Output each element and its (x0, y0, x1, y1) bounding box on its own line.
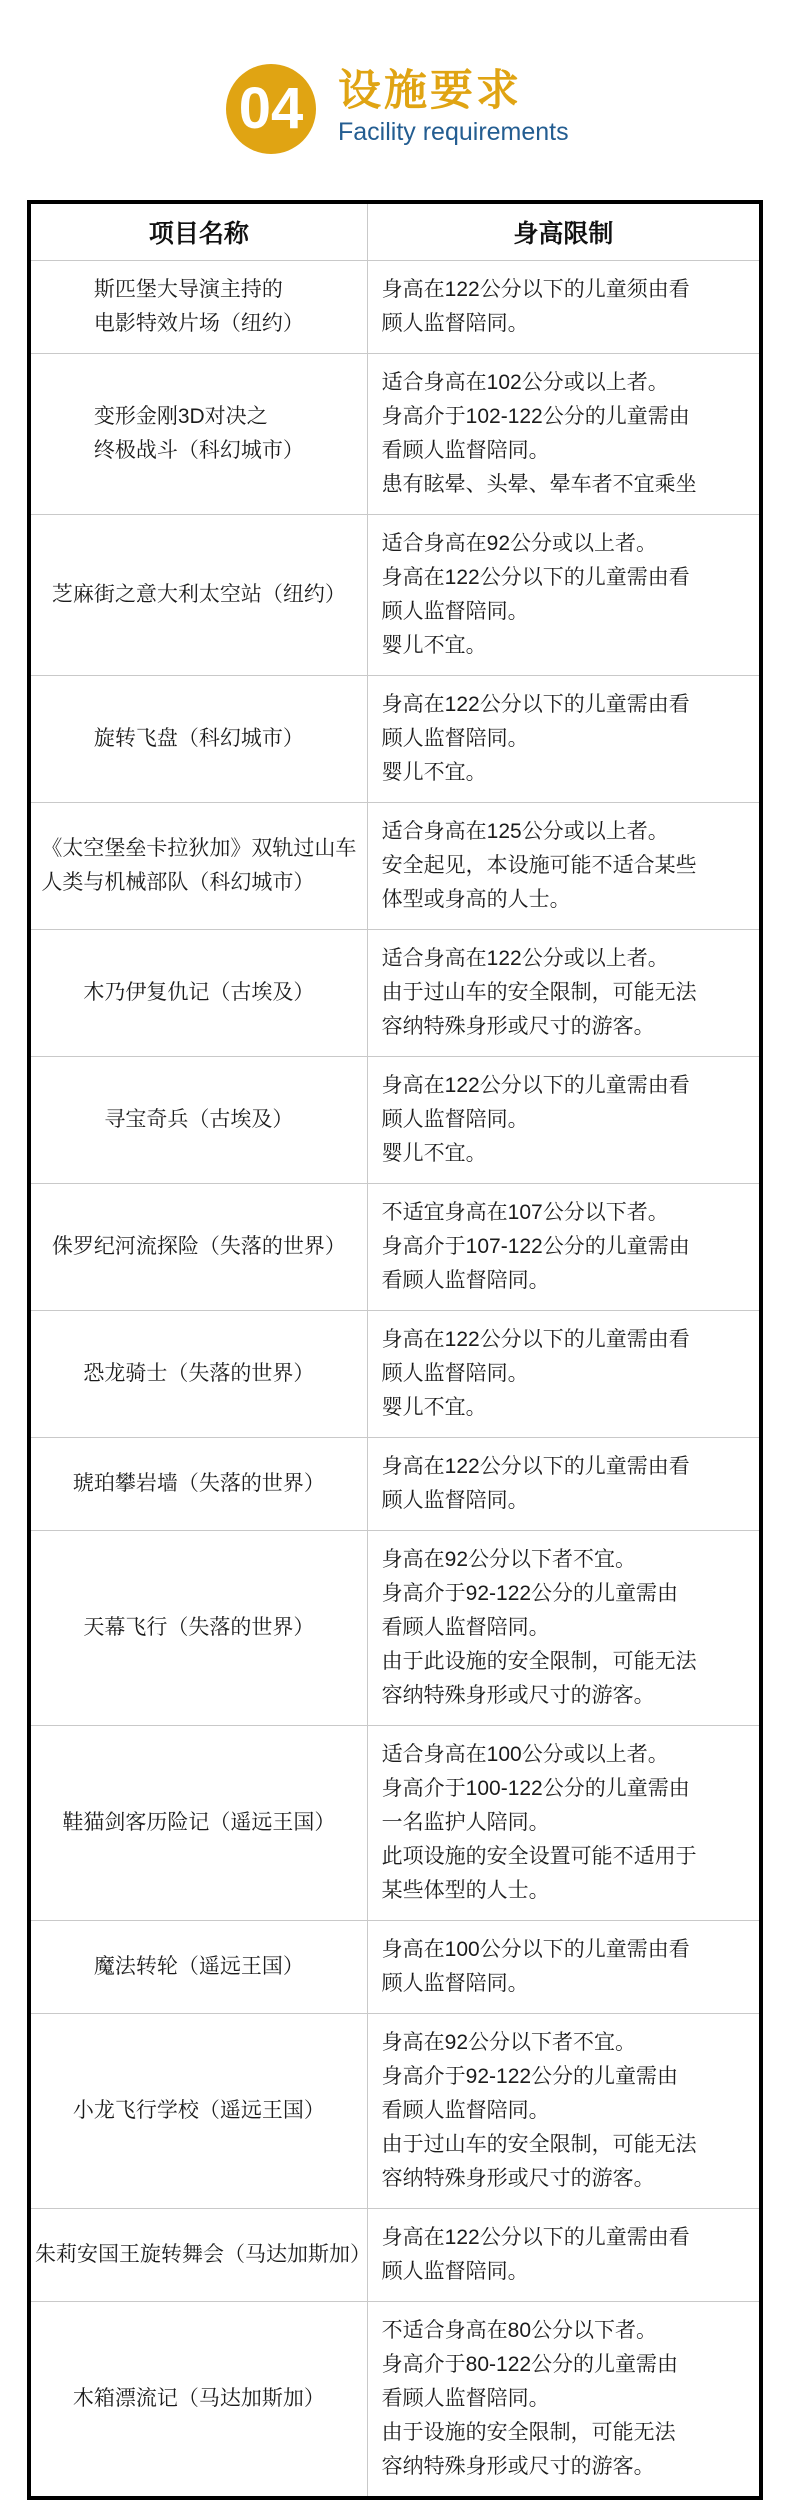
table-row: 鞋猫剑客历险记（遥远王国）适合身高在100公分或以上者。身高介于100-122公… (29, 1726, 761, 1921)
table-row: 变形金刚3D对决之终极战斗（科幻城市）适合身高在102公分或以上者。身高介于10… (29, 354, 761, 515)
table-row: 旋转飞盘（科幻城市）身高在122公分以下的儿童需由看顾人监督陪同。婴儿不宜。 (29, 676, 761, 803)
ride-name: 朱莉安国王旋转舞会（马达加斯加） (35, 2238, 371, 2272)
ride-name-cell: 《太空堡垒卡拉狄加》双轨过山车人类与机械部队（科幻城市） (29, 803, 367, 930)
table-row: 魔法转轮（遥远王国）身高在100公分以下的儿童需由看顾人监督陪同。 (29, 1921, 761, 2014)
section-number: 04 (239, 80, 304, 138)
height-restriction-line: 顾人监督陪同。 (382, 307, 751, 341)
height-restriction-line: 身高在122公分以下的儿童须由看 (382, 273, 751, 307)
height-restriction-line: 身高在122公分以下的儿童需由看 (382, 2221, 751, 2255)
height-restriction-line: 身高在122公分以下的儿童需由看 (382, 688, 751, 722)
ride-name-cell: 芝麻街之意大利太空站（纽约） (29, 515, 367, 676)
height-restriction-line: 婴儿不宜。 (382, 1137, 751, 1171)
height-restriction-line: 顾人监督陪同。 (382, 1357, 751, 1391)
ride-name: 琥珀攀岩墙（失落的世界） (73, 1467, 325, 1501)
height-restriction-line: 婴儿不宜。 (382, 629, 751, 663)
height-restriction-line: 身高在122公分以下的儿童需由看 (382, 1323, 751, 1357)
height-restriction-cell: 身高在122公分以下的儿童需由看顾人监督陪同。婴儿不宜。 (367, 676, 761, 803)
ride-name-cell: 魔法转轮（遥远王国） (29, 1921, 367, 2014)
ride-name: 变形金刚3D对决之终极战斗（科幻城市） (94, 400, 304, 468)
height-restriction-line: 身高在100公分以下的儿童需由看 (382, 1933, 751, 1967)
ride-name-cell: 侏罗纪河流探险（失落的世界） (29, 1184, 367, 1311)
table-row: 木乃伊复仇记（古埃及）适合身高在122公分或以上者。由于过山车的安全限制，可能无… (29, 930, 761, 1057)
ride-name-cell: 木箱漂流记（马达加斯加） (29, 2302, 367, 2499)
height-restriction-line: 身高在92公分以下者不宜。 (382, 2026, 751, 2060)
ride-name: 寻宝奇兵（古埃及） (104, 1103, 293, 1137)
section-header: 04 设施要求 Facility requirements (0, 0, 790, 154)
ride-name-line: 侏罗纪河流探险（失落的世界） (52, 1230, 346, 1264)
ride-name: 恐龙骑士（失落的世界） (83, 1357, 314, 1391)
ride-name: 木箱漂流记（马达加斯加） (73, 2382, 325, 2416)
height-restriction-cell: 不适宜身高在107公分以下者。身高介于107-122公分的儿童需由看顾人监督陪同… (367, 1184, 761, 1311)
table-header-row: 项目名称 身高限制 (29, 202, 761, 261)
height-restriction-line: 顾人监督陪同。 (382, 1967, 751, 2001)
ride-name-cell: 朱莉安国王旋转舞会（马达加斯加） (29, 2209, 367, 2302)
ride-name-cell: 恐龙骑士（失落的世界） (29, 1311, 367, 1438)
height-restriction-line: 容纳特殊身形或尺寸的游客。 (382, 1010, 751, 1044)
ride-name-line: 旋转飞盘（科幻城市） (94, 722, 304, 756)
ride-name-line: 木箱漂流记（马达加斯加） (73, 2382, 325, 2416)
table-row: 朱莉安国王旋转舞会（马达加斯加）身高在122公分以下的儿童需由看顾人监督陪同。 (29, 2209, 761, 2302)
height-restriction-line: 适合身高在102公分或以上者。 (382, 366, 751, 400)
ride-name-line: 芝麻街之意大利太空站（纽约） (52, 578, 346, 612)
ride-name-line: 魔法转轮（遥远王国） (94, 1950, 304, 1984)
table-row: 寻宝奇兵（古埃及）身高在122公分以下的儿童需由看顾人监督陪同。婴儿不宜。 (29, 1057, 761, 1184)
height-restriction-line: 体型或身高的人士。 (382, 883, 751, 917)
height-restriction-line: 婴儿不宜。 (382, 1391, 751, 1425)
height-restriction-line: 身高在122公分以下的儿童需由看 (382, 561, 751, 595)
height-restriction-cell: 适合身高在100公分或以上者。身高介于100-122公分的儿童需由一名监护人陪同… (367, 1726, 761, 1921)
ride-name-line: 木乃伊复仇记（古埃及） (83, 976, 314, 1010)
ride-name-line: 人类与机械部队（科幻城市） (41, 866, 356, 900)
ride-name-cell: 木乃伊复仇记（古埃及） (29, 930, 367, 1057)
height-restriction-line: 适合身高在125公分或以上者。 (382, 815, 751, 849)
height-restriction-line: 身高在122公分以下的儿童需由看 (382, 1450, 751, 1484)
height-restriction-line: 看顾人监督陪同。 (382, 2094, 751, 2128)
ride-name-line: 《太空堡垒卡拉狄加》双轨过山车 (41, 832, 356, 866)
height-restriction-line: 顾人监督陪同。 (382, 595, 751, 629)
ride-name-cell: 琥珀攀岩墙（失落的世界） (29, 1438, 367, 1531)
height-restriction-cell: 不适合身高在80公分以下者。身高介于80-122公分的儿童需由看顾人监督陪同。由… (367, 2302, 761, 2499)
ride-name: 芝麻街之意大利太空站（纽约） (52, 578, 346, 612)
height-restriction-cell: 适合身高在125公分或以上者。安全起见，本设施可能不适合某些体型或身高的人士。 (367, 803, 761, 930)
table-row: 《太空堡垒卡拉狄加》双轨过山车人类与机械部队（科幻城市）适合身高在125公分或以… (29, 803, 761, 930)
section-title-zh: 设施要求 (338, 70, 569, 113)
ride-name-line: 电影特效片场（纽约） (94, 307, 304, 341)
height-restriction-line: 顾人监督陪同。 (382, 1484, 751, 1518)
height-restriction-line: 一名监护人陪同。 (382, 1806, 751, 1840)
ride-name: 木乃伊复仇记（古埃及） (83, 976, 314, 1010)
height-restriction-line: 适合身高在92公分或以上者。 (382, 527, 751, 561)
height-restriction-line: 顾人监督陪同。 (382, 1103, 751, 1137)
height-restriction-line: 顾人监督陪同。 (382, 2255, 751, 2289)
height-restriction-line: 看顾人监督陪同。 (382, 1264, 751, 1298)
table-row: 小龙飞行学校（遥远王国）身高在92公分以下者不宜。身高介于92-122公分的儿童… (29, 2014, 761, 2209)
ride-name: 斯匹堡大导演主持的电影特效片场（纽约） (94, 273, 304, 341)
height-restriction-line: 身高在122公分以下的儿童需由看 (382, 1069, 751, 1103)
height-restriction-line: 身高介于92-122公分的儿童需由 (382, 2060, 751, 2094)
height-restriction-line: 身高介于80-122公分的儿童需由 (382, 2348, 751, 2382)
requirements-table-wrapper: 项目名称 身高限制 斯匹堡大导演主持的电影特效片场（纽约）身高在122公分以下的… (27, 200, 763, 2500)
height-restriction-line: 身高在92公分以下者不宜。 (382, 1543, 751, 1577)
ride-name-cell: 寻宝奇兵（古埃及） (29, 1057, 367, 1184)
column-header-height-restriction: 身高限制 (367, 202, 761, 261)
height-restriction-cell: 身高在92公分以下者不宜。身高介于92-122公分的儿童需由看顾人监督陪同。由于… (367, 1531, 761, 1726)
ride-name-line: 变形金刚3D对决之 (94, 400, 304, 434)
height-restriction-line: 由于过山车的安全限制，可能无法 (382, 976, 751, 1010)
table-row: 天幕飞行（失落的世界）身高在92公分以下者不宜。身高介于92-122公分的儿童需… (29, 1531, 761, 1726)
ride-name-cell: 小龙飞行学校（遥远王国） (29, 2014, 367, 2209)
ride-name-cell: 旋转飞盘（科幻城市） (29, 676, 367, 803)
ride-name-cell: 变形金刚3D对决之终极战斗（科幻城市） (29, 354, 367, 515)
ride-name-line: 朱莉安国王旋转舞会（马达加斯加） (35, 2238, 371, 2272)
height-restriction-line: 容纳特殊身形或尺寸的游客。 (382, 1679, 751, 1713)
height-restriction-line: 某些体型的人士。 (382, 1874, 751, 1908)
height-restriction-cell: 身高在122公分以下的儿童需由看顾人监督陪同。婴儿不宜。 (367, 1057, 761, 1184)
section-titles: 设施要求 Facility requirements (338, 70, 569, 147)
height-restriction-line: 看顾人监督陪同。 (382, 434, 751, 468)
ride-name: 《太空堡垒卡拉狄加》双轨过山车人类与机械部队（科幻城市） (41, 832, 356, 900)
table-row: 木箱漂流记（马达加斯加）不适合身高在80公分以下者。身高介于80-122公分的儿… (29, 2302, 761, 2499)
height-restriction-line: 婴儿不宜。 (382, 756, 751, 790)
height-restriction-line: 身高介于107-122公分的儿童需由 (382, 1230, 751, 1264)
height-restriction-line: 身高介于92-122公分的儿童需由 (382, 1577, 751, 1611)
ride-name-cell: 天幕飞行（失落的世界） (29, 1531, 367, 1726)
table-row: 恐龙骑士（失落的世界）身高在122公分以下的儿童需由看顾人监督陪同。婴儿不宜。 (29, 1311, 761, 1438)
height-restriction-cell: 身高在100公分以下的儿童需由看顾人监督陪同。 (367, 1921, 761, 2014)
height-restriction-line: 适合身高在122公分或以上者。 (382, 942, 751, 976)
height-restriction-line: 看顾人监督陪同。 (382, 1611, 751, 1645)
height-restriction-line: 适合身高在100公分或以上者。 (382, 1738, 751, 1772)
height-restriction-line: 不适宜身高在107公分以下者。 (382, 1196, 751, 1230)
height-restriction-cell: 适合身高在102公分或以上者。身高介于102-122公分的儿童需由看顾人监督陪同… (367, 354, 761, 515)
ride-name-line: 寻宝奇兵（古埃及） (104, 1103, 293, 1137)
section-title-en: Facility requirements (338, 119, 569, 147)
height-restriction-line: 由于设施的安全限制，可能无法 (382, 2416, 751, 2450)
ride-name-line: 终极战斗（科幻城市） (94, 434, 304, 468)
ride-name: 小龙飞行学校（遥远王国） (73, 2094, 325, 2128)
ride-name-line: 恐龙骑士（失落的世界） (83, 1357, 314, 1391)
ride-name: 旋转飞盘（科幻城市） (94, 722, 304, 756)
height-restriction-line: 患有眩晕、头晕、晕车者不宜乘坐 (382, 468, 751, 502)
height-restriction-line: 身高介于102-122公分的儿童需由 (382, 400, 751, 434)
height-restriction-line: 容纳特殊身形或尺寸的游客。 (382, 2162, 751, 2196)
height-restriction-cell: 适合身高在122公分或以上者。由于过山车的安全限制，可能无法容纳特殊身形或尺寸的… (367, 930, 761, 1057)
height-restriction-line: 容纳特殊身形或尺寸的游客。 (382, 2450, 751, 2484)
height-restriction-line: 安全起见，本设施可能不适合某些 (382, 849, 751, 883)
height-restriction-line: 顾人监督陪同。 (382, 722, 751, 756)
table-row: 琥珀攀岩墙（失落的世界）身高在122公分以下的儿童需由看顾人监督陪同。 (29, 1438, 761, 1531)
ride-name-line: 天幕飞行（失落的世界） (83, 1611, 314, 1645)
ride-name-cell: 鞋猫剑客历险记（遥远王国） (29, 1726, 367, 1921)
ride-name-line: 琥珀攀岩墙（失落的世界） (73, 1467, 325, 1501)
height-restriction-cell: 身高在122公分以下的儿童需由看顾人监督陪同。 (367, 2209, 761, 2302)
ride-name: 魔法转轮（遥远王国） (94, 1950, 304, 1984)
column-header-project-name: 项目名称 (29, 202, 367, 261)
height-restriction-line: 不适合身高在80公分以下者。 (382, 2314, 751, 2348)
height-restriction-line: 看顾人监督陪同。 (382, 2382, 751, 2416)
section-number-badge: 04 (226, 64, 316, 154)
table-row: 斯匹堡大导演主持的电影特效片场（纽约）身高在122公分以下的儿童须由看顾人监督陪… (29, 261, 761, 354)
ride-name: 鞋猫剑客历险记（遥远王国） (62, 1806, 335, 1840)
height-restriction-line: 由于此设施的安全限制，可能无法 (382, 1645, 751, 1679)
ride-name-cell: 斯匹堡大导演主持的电影特效片场（纽约） (29, 261, 367, 354)
height-restriction-line: 此项设施的安全设置可能不适用于 (382, 1840, 751, 1874)
height-restriction-line: 身高介于100-122公分的儿童需由 (382, 1772, 751, 1806)
height-restriction-cell: 身高在122公分以下的儿童须由看顾人监督陪同。 (367, 261, 761, 354)
requirements-table: 项目名称 身高限制 斯匹堡大导演主持的电影特效片场（纽约）身高在122公分以下的… (27, 200, 763, 2500)
height-restriction-cell: 身高在122公分以下的儿童需由看顾人监督陪同。婴儿不宜。 (367, 1311, 761, 1438)
height-restriction-cell: 身高在92公分以下者不宜。身高介于92-122公分的儿童需由看顾人监督陪同。由于… (367, 2014, 761, 2209)
ride-name-line: 小龙飞行学校（遥远王国） (73, 2094, 325, 2128)
ride-name: 侏罗纪河流探险（失落的世界） (52, 1230, 346, 1264)
height-restriction-cell: 适合身高在92公分或以上者。身高在122公分以下的儿童需由看顾人监督陪同。婴儿不… (367, 515, 761, 676)
ride-name: 天幕飞行（失落的世界） (83, 1611, 314, 1645)
table-row: 侏罗纪河流探险（失落的世界）不适宜身高在107公分以下者。身高介于107-122… (29, 1184, 761, 1311)
ride-name-line: 鞋猫剑客历险记（遥远王国） (62, 1806, 335, 1840)
ride-name-line: 斯匹堡大导演主持的 (94, 273, 304, 307)
height-restriction-line: 由于过山车的安全限制，可能无法 (382, 2128, 751, 2162)
table-row: 芝麻街之意大利太空站（纽约）适合身高在92公分或以上者。身高在122公分以下的儿… (29, 515, 761, 676)
height-restriction-cell: 身高在122公分以下的儿童需由看顾人监督陪同。 (367, 1438, 761, 1531)
